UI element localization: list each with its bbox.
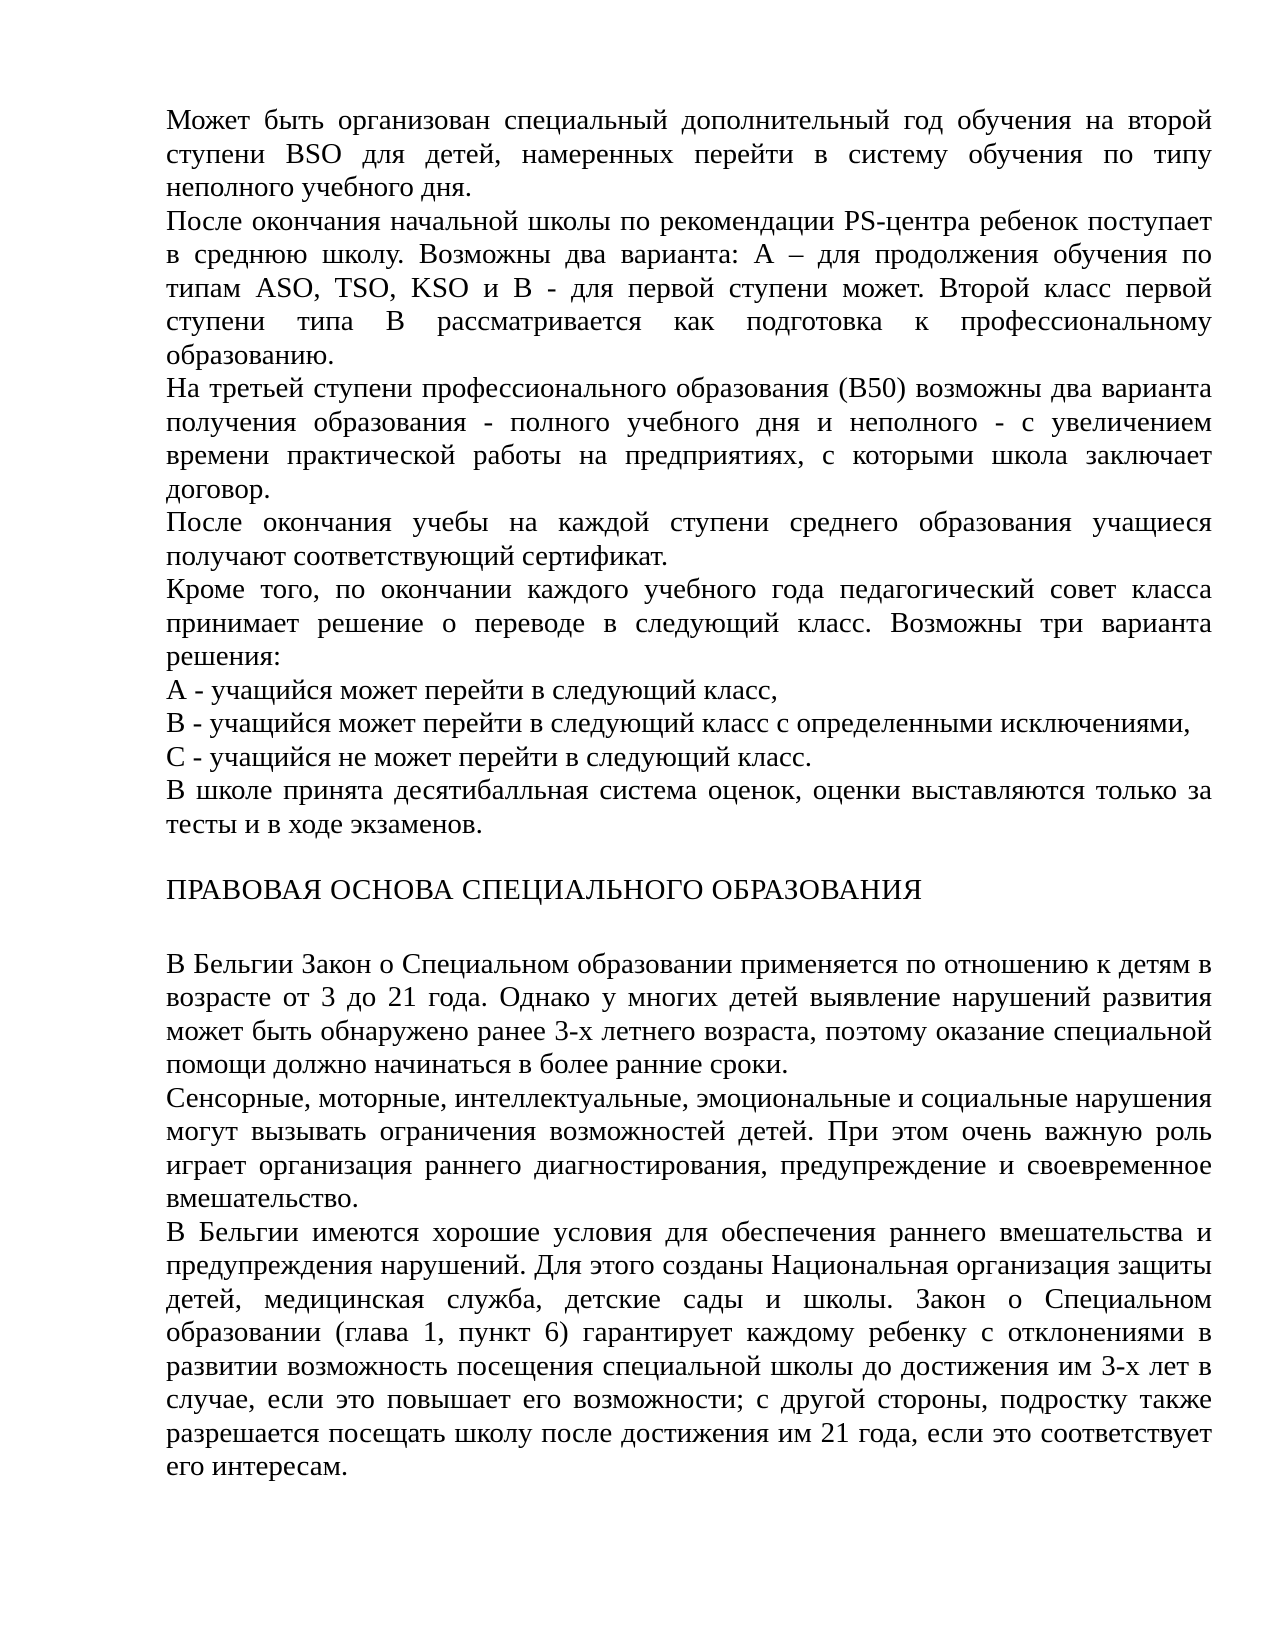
paragraph: Кроме того, по окончании каждого учебног… xyxy=(166,573,1212,674)
paragraph: Может быть организован специальный допол… xyxy=(166,104,1212,205)
document-page: Может быть организован специальный допол… xyxy=(0,0,1275,1650)
paragraph: В Бельгии Закон о Специальном образовани… xyxy=(166,948,1212,1082)
list-item-variant-c: С - учащийся не может перейти в следующи… xyxy=(166,741,1212,775)
section-heading: ПРАВОВАЯ ОСНОВА СПЕЦИАЛЬНОГО ОБРАЗОВАНИЯ xyxy=(166,874,1212,908)
legal-basis-section: В Бельгии Закон о Специальном образовани… xyxy=(166,948,1212,1484)
paragraph: В школе принята десятибалльная система о… xyxy=(166,774,1212,841)
intro-section: Может быть организован специальный допол… xyxy=(166,104,1212,841)
list-item-variant-a: А - учащийся может перейти в следующий к… xyxy=(166,674,1212,708)
paragraph: Сенсорные, моторные, интеллектуальные, э… xyxy=(166,1082,1212,1216)
paragraph: После окончания начальной школы по реком… xyxy=(166,205,1212,373)
list-item-variant-b: В - учащийся может перейти в следующий к… xyxy=(166,707,1212,741)
paragraph: В Бельгии имеются хорошие условия для об… xyxy=(166,1216,1212,1484)
paragraph: На третьей ступени профессионального обр… xyxy=(166,372,1212,506)
paragraph: После окончания учебы на каждой ступени … xyxy=(166,506,1212,573)
